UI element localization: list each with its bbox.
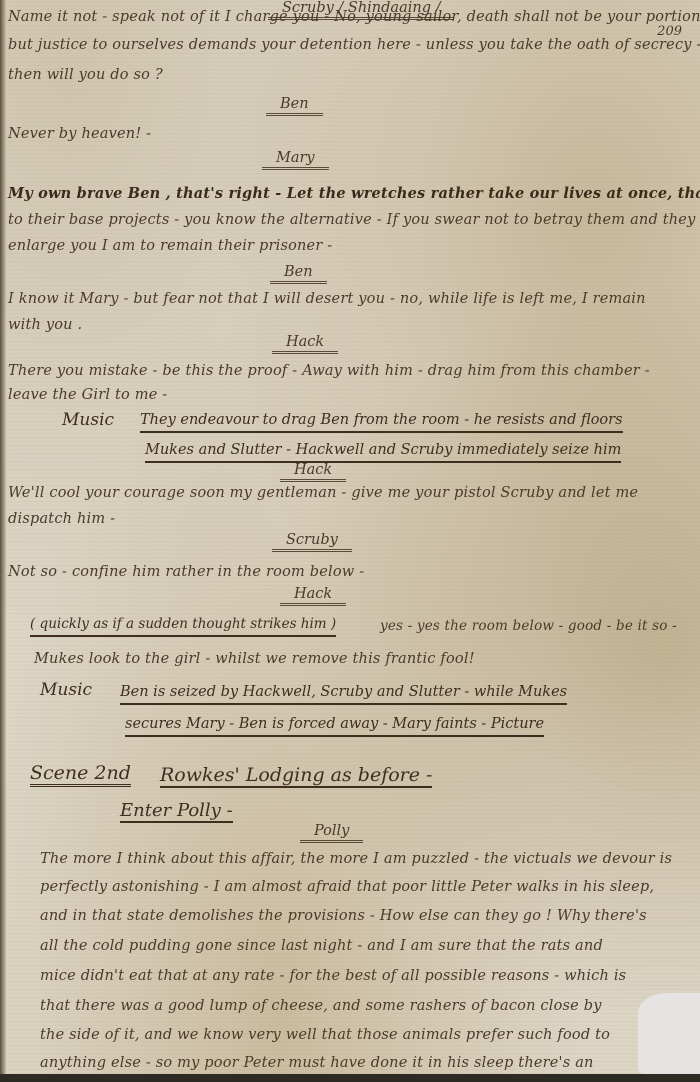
binding-edge (0, 0, 6, 1082)
dialogue-line: yes - yes the room below - good - be it … (380, 617, 677, 635)
music-cue-label: Music (62, 410, 114, 430)
speaker-name: Ben (270, 264, 327, 284)
dialogue-line: Name it not - speak not of it I charge y… (8, 8, 700, 26)
dialogue-line: and in that state demolishes the provisi… (40, 907, 647, 925)
scene-setting: Rowkes' Lodging as before - (160, 764, 432, 786)
dialogue-line: I know it Mary - but fear not that I wil… (8, 290, 646, 308)
dialogue-line: dispatch him - (8, 510, 115, 528)
dialogue-line: all the cold pudding gone since last nig… (40, 937, 603, 955)
speaker-name: Mary (262, 150, 329, 170)
manuscript-page: Scruby / Shindaaing / 209 Name it not - … (0, 0, 700, 1082)
dialogue-line: the side of it, and we know very well th… (40, 1026, 610, 1044)
speaker-name: Ben (266, 96, 323, 116)
dialogue-line: There you mistake - be this the proof - … (8, 362, 650, 380)
stage-direction-line: secures Mary - Ben is forced away - Mary… (125, 716, 544, 732)
torn-corner (638, 993, 700, 1074)
dialogue-line: but justice to ourselves demands your de… (8, 36, 700, 54)
stage-direction-line: Ben is seized by Hackwell, Scruby and Sl… (120, 684, 567, 700)
speaker-name: Scruby (272, 532, 352, 552)
speaker-name: Hack (280, 462, 346, 482)
dialogue-line: Mukes look to the girl - whilst we remov… (34, 650, 475, 668)
speaker-name: Hack (272, 334, 338, 354)
dialogue-line: leave the Girl to me - (8, 386, 167, 404)
dialogue-line: Never by heaven! - (8, 125, 151, 143)
speaker-name: Hack (280, 586, 346, 606)
stage-direction-line: They endeavour to drag Ben from the room… (140, 412, 623, 428)
dialogue-line: anything else - so my poor Peter must ha… (40, 1054, 594, 1072)
dialogue-line: with you . (8, 316, 82, 334)
dialogue-line: Not so - confine him rather in the room … (8, 563, 364, 581)
stage-direction-inline: ( quickly as if a sudden thought strikes… (30, 616, 336, 632)
dialogue-line: to their base projects - you know the al… (8, 211, 695, 229)
dialogue-line: We'll cool your courage soon my gentlema… (8, 484, 638, 502)
dialogue-line: enlarge you I am to remain their prisone… (8, 237, 332, 255)
dialogue-line: The more I think about this affair, the … (40, 850, 672, 868)
dialogue-line: that there was a good lump of cheese, an… (40, 997, 602, 1015)
scene-number: Scene 2nd (30, 762, 131, 784)
stage-direction-line: Mukes and Slutter - Hackwell and Scruby … (145, 442, 621, 458)
dialogue-line: perfectly astonishing - I am almost afra… (40, 878, 654, 896)
dialogue-line: My own brave Ben , that's right - Let th… (8, 185, 700, 203)
scene-entrance: Enter Polly - (120, 800, 233, 821)
dialogue-line: then will you do so ? (8, 66, 163, 84)
page-bottom-edge (0, 1074, 700, 1082)
dialogue-line: mice didn't eat that at any rate - for t… (40, 967, 626, 985)
music-cue-label: Music (40, 680, 92, 700)
speaker-name: Polly (300, 823, 363, 843)
